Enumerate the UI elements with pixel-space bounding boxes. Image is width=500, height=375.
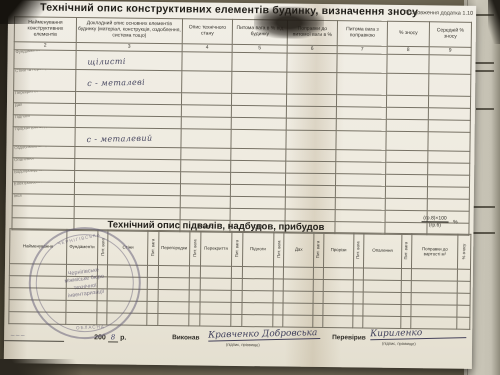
t1-cell: [286, 161, 336, 174]
t1-cell: Електроосвітлення: [12, 182, 74, 195]
handwritten-scribble: ~~~: [10, 332, 25, 339]
handwritten-date-mark: 8: [108, 333, 119, 342]
t2-cell: [200, 290, 232, 302]
t2-cell: [200, 302, 232, 314]
t2-cell: [401, 268, 412, 280]
t2-cell: [313, 267, 324, 279]
handwritten-entry: с - металевий: [76, 134, 152, 145]
appendix-continuation-note: Продовження додатка 1.10: [404, 10, 473, 17]
t2-cell: [200, 266, 232, 278]
dark-photo-corner: [0, 359, 90, 375]
t2-cell: [189, 290, 200, 302]
row-label: Опалення: [14, 158, 73, 163]
t1-cell: [428, 151, 470, 164]
table2-column-header: Пит. вага: [190, 231, 201, 266]
t1-cell: [230, 184, 285, 197]
t2-cell: [273, 291, 284, 303]
t1-cell: щілисті: [76, 50, 182, 70]
t2-cell: [411, 305, 457, 318]
t2-cell: [353, 280, 364, 292]
t1-cell: [285, 197, 335, 210]
table2-column-header: Підлоги: [242, 232, 274, 267]
t2-cell: [323, 280, 352, 292]
t1-cell: [337, 54, 387, 74]
t2-cell: [158, 302, 190, 314]
t1-cell: [335, 198, 385, 211]
t2-cell: [231, 290, 242, 302]
t2-cell: [324, 268, 353, 280]
table1-column-header: Опис технічного стану: [182, 19, 232, 45]
t2-cell: [457, 293, 470, 305]
table1-column-header: Докладний опис основних елементів будинк…: [76, 17, 182, 43]
t1-cell: [387, 54, 429, 74]
t2-cell: [158, 278, 190, 290]
row-label: Водопровід, каналізація: [14, 170, 73, 175]
table1-column-header: % зносу: [387, 21, 429, 47]
t1-cell: [286, 118, 336, 131]
t2-cell: [148, 265, 159, 277]
t1-cell: [181, 105, 231, 118]
t1-cell: [385, 198, 427, 211]
t2-cell: [363, 268, 401, 280]
t2-cell: [401, 304, 412, 316]
t2-cell: [401, 292, 412, 304]
t1-cell: [387, 73, 429, 96]
row-label: Стіни та перегородки: [15, 69, 74, 74]
table2-column-header: % зносу: [458, 234, 471, 269]
t1-cell: [335, 174, 385, 187]
t1-cell: [336, 95, 386, 108]
t1-cell: [428, 108, 470, 121]
row-label: Електроосвітлення: [14, 182, 73, 187]
t2-cell: [231, 278, 242, 290]
t1-cell: Підлоги: [13, 115, 75, 128]
t2-cell: [363, 280, 401, 292]
document-page: Технічний опис конструктивних елементів …: [4, 0, 476, 369]
checked-by-label: Перевірив: [332, 334, 366, 341]
t1-cell: Фундаменти: [14, 50, 76, 70]
executed-by-signature: Кравченко Добровська: [208, 328, 320, 342]
t1-cell: Перекриття: [13, 91, 75, 104]
t1-cell: [386, 119, 428, 132]
dark-photo-corner: [0, 0, 52, 24]
t1-cell: [231, 172, 286, 185]
t2-cell: [200, 278, 232, 290]
t2-cell: [190, 266, 201, 278]
t2-cell: [313, 303, 324, 315]
t2-cell: [189, 278, 200, 290]
t1-cell: [181, 93, 231, 106]
t1-cell: [182, 52, 232, 72]
t1-cell: Стіни та перегородки: [14, 69, 76, 92]
t1-cell: [231, 93, 286, 106]
t2-cell: [412, 269, 458, 282]
t2-cell: [283, 291, 312, 303]
t2-cell: [352, 304, 363, 316]
t1-cell: [336, 150, 386, 163]
t1-cell: с - металеві: [76, 69, 182, 92]
wear-formula: (гр.8)×100 (гр.6) %: [421, 213, 457, 231]
photo-scene: Технічний опис конструктивних елементів …: [0, 0, 500, 375]
t2-cell: [231, 266, 242, 278]
signature-caption: (підпис, прізвище): [226, 342, 260, 347]
t1-cell: [336, 107, 386, 120]
page2-mark: [476, 108, 494, 110]
t1-cell: Прорізи (вікна, двері): [13, 127, 75, 147]
t1-cell: Дах: [13, 103, 75, 116]
t1-cell: [386, 95, 428, 108]
t2-cell: [323, 304, 352, 316]
t2-cell: [231, 302, 242, 314]
t2-cell: [313, 279, 324, 291]
t1-cell: [428, 120, 470, 133]
t1-cell: [285, 185, 335, 198]
table2-column-header: Пит. вага: [273, 232, 284, 267]
t1-cell: [231, 105, 286, 118]
t2-cell: [158, 266, 190, 278]
table1-column-header: Питома вага з поправкою: [337, 21, 387, 47]
t2-cell: [411, 281, 457, 294]
t1-cell: [230, 196, 285, 209]
t1-cell: [180, 196, 230, 209]
handwritten-entry: щілисті: [77, 57, 125, 67]
t2-cell: [457, 281, 470, 293]
row-label: Прорізи (вікна, двері): [14, 127, 73, 132]
t2-cell: [284, 279, 313, 291]
t1-cell: [428, 96, 470, 109]
t1-cell: [429, 55, 471, 75]
t1-cell: [232, 52, 287, 72]
t2-cell: [242, 267, 274, 279]
t2-cell: [242, 291, 274, 303]
t1-cell: [429, 74, 471, 97]
t1-cell: [286, 94, 336, 107]
page2-mark: [474, 62, 494, 64]
table2-column-header: Пит. вага: [148, 230, 159, 265]
row-label: Дах: [15, 103, 74, 108]
t2-cell: [401, 280, 412, 292]
t1-cell: [385, 174, 427, 187]
t1-cell: с - металевий: [75, 127, 181, 147]
t1-cell: [337, 73, 387, 96]
t2-cell: [158, 290, 190, 302]
table1-construction-elements: Найменування конструктивних елементівДок…: [11, 16, 472, 236]
t2-cell: [323, 292, 352, 304]
t1-cell: [12, 206, 74, 219]
page2-mark: [473, 232, 495, 234]
t1-cell: [335, 210, 385, 223]
t2-cell: [458, 269, 471, 281]
t2-cell: [363, 292, 401, 304]
t2-cell: [189, 302, 200, 314]
table2-column-header: Перекриття: [200, 231, 232, 266]
t2-cell: [284, 267, 313, 279]
t1-cell: [335, 186, 385, 199]
t1-cell: [232, 71, 287, 94]
blank-line: [4, 340, 64, 342]
t2-cell: [147, 301, 158, 313]
t1-cell: [181, 148, 231, 161]
t2-cell: [353, 292, 364, 304]
t2-cell: [273, 267, 284, 279]
t1-cell: [181, 129, 231, 149]
table2-column-header: Пит. вага: [401, 233, 412, 268]
row-label: Інші: [14, 194, 73, 199]
t1-cell: [180, 208, 230, 221]
t1-cell: [286, 149, 336, 162]
t1-cell: [386, 131, 428, 151]
t2-cell: [283, 303, 312, 315]
t1-cell: [428, 132, 470, 152]
t1-cell: [285, 209, 335, 222]
table2-column-header: Пит. вага: [232, 231, 243, 266]
t1-cell: [231, 160, 286, 173]
t2-cell: [457, 305, 470, 317]
t2-cell: [353, 268, 364, 280]
t1-cell: [231, 117, 286, 130]
t1-cell: [182, 71, 232, 94]
t1-cell: [427, 199, 469, 212]
t2-cell: [242, 279, 274, 291]
t2-cell: [147, 289, 158, 301]
t1-cell: [231, 148, 286, 161]
formula-fraction: (гр.8)×100 (гр.6): [421, 215, 449, 228]
t1-cell: [428, 163, 470, 176]
t2-cell: [241, 303, 273, 315]
row-label: [14, 206, 73, 207]
t2-cell: [313, 291, 324, 303]
t2-cell: [411, 293, 457, 306]
t1-cell: [230, 208, 285, 221]
row-label: Фундаменти: [15, 50, 74, 55]
t1-cell: [385, 186, 427, 199]
table2-column-header: Пит. вага: [353, 233, 364, 268]
t1-cell: [427, 187, 469, 200]
t1-cell: [336, 119, 386, 132]
t1-cell: [336, 131, 386, 151]
handwritten-entry: с - металеві: [77, 77, 145, 88]
t1-cell: [386, 162, 428, 175]
table2-column-header: Прорізи: [324, 233, 354, 268]
t1-cell: [287, 72, 337, 95]
table1-column-header: Середній % зносу: [429, 22, 471, 48]
stamp-inner: Чернігівське міжміське бюро технічної ін…: [30, 228, 140, 338]
t1-cell: [427, 175, 469, 188]
t1-cell: [336, 162, 386, 175]
checked-by-signature: Кириленко: [370, 327, 466, 340]
t1-cell: [181, 160, 231, 173]
table2-column-header: Опалення: [363, 233, 401, 268]
t1-cell: [180, 184, 230, 197]
row-label: Оздоблювальні роботи: [14, 146, 73, 151]
t1-cell: Інші: [12, 194, 74, 207]
t2-cell: [273, 279, 284, 291]
table2-column-header: Поправки до вартості м²: [412, 234, 459, 270]
t1-cell: Водопровід, каналізація: [13, 170, 75, 183]
table2-column-header: Перегородки: [158, 231, 190, 266]
row-label: Перекриття: [15, 91, 74, 96]
t1-cell: Оздоблювальні роботи: [13, 146, 75, 159]
table2-column-header: Дах: [284, 232, 314, 267]
t1-cell: [386, 150, 428, 163]
t1-cell: [286, 106, 336, 119]
t1-cell: [181, 117, 231, 130]
t2-cell: [147, 277, 158, 289]
page2-mark: [474, 70, 494, 72]
t1-cell: [386, 107, 428, 120]
row-label: Підлоги: [15, 115, 74, 120]
ink-smudge: [254, 6, 324, 39]
table2-column-header: Пит. вага: [313, 232, 324, 267]
page2-mark: [473, 206, 495, 208]
t1-cell: [286, 130, 336, 150]
t1-cell: [181, 172, 231, 185]
page-title: Технічний опис конструктивних елементів …: [40, 2, 450, 19]
t1-cell: [231, 129, 286, 149]
t1-cell: [287, 53, 337, 73]
dark-photo-corner: [488, 0, 500, 44]
executed-by-label: Виконав: [172, 334, 199, 341]
t2-cell: [273, 303, 284, 315]
signature-caption: (підпис, прізвище): [382, 341, 416, 346]
t1-cell: [285, 173, 335, 186]
t1-cell: Опалення: [13, 158, 75, 171]
t2-cell: [363, 304, 401, 316]
